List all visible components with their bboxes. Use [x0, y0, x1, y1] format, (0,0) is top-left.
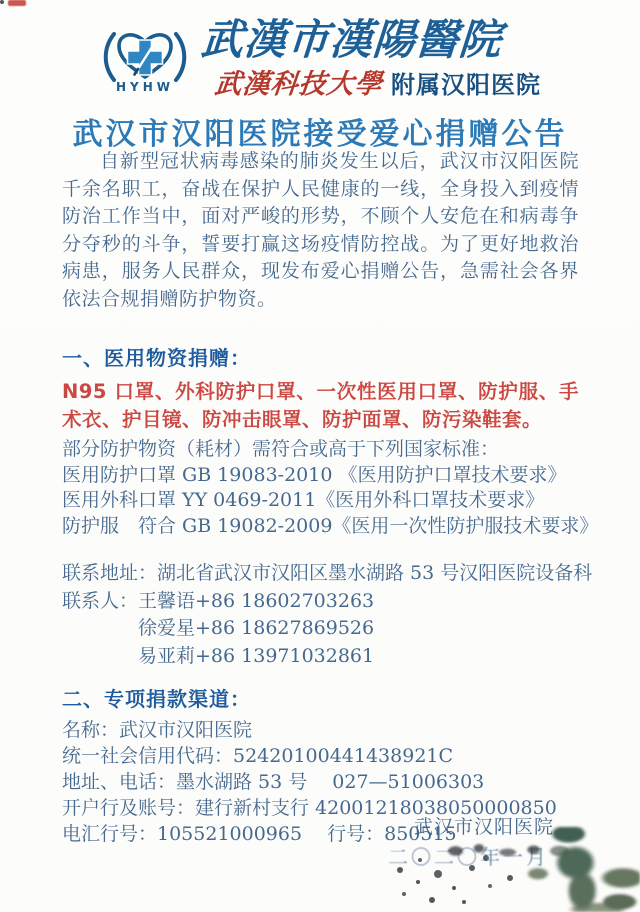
university-name-calligraphy: 武漢科技大學: [213, 62, 385, 101]
brand-text: 武漢市漢陽醫院 武漢科技大學 附属汉阳医院: [201, 18, 541, 101]
hospital-logo-icon: HYHW: [99, 20, 191, 94]
contact-person: 王馨语+86 18602703263: [138, 590, 374, 612]
ink-speckles-artifact: [0, 0, 4, 4]
bank-name-line: 名称：武汉市汉阳医院: [62, 717, 579, 743]
logo-abbr-text: HYHW: [116, 80, 174, 94]
brand-subtitle: 武漢科技大學 附属汉阳医院: [201, 62, 541, 101]
photo-red-artifact: [8, 0, 26, 6]
affiliated-hospital-label: 附属汉阳医院: [391, 65, 541, 100]
contact-address: 联系地址：湖北省武汉市汉阳区墨水湖路 53 号汉阳医院设备科: [62, 560, 579, 588]
contact-person-row: 联系人：王馨语+86 18602703263: [62, 588, 579, 616]
brand-name-calligraphy: 武漢市漢陽醫院: [199, 18, 542, 62]
needed-supplies-list: N95 口罩、外科防护口罩、一次性医用口罩、防护服、手术衣、护目镜、防冲击眼罩、…: [62, 378, 579, 434]
address-phone-line: 地址、电话：墨水湖路 53 号 027—51006303: [62, 769, 579, 795]
corrupted-watermark-artifact: [470, 827, 640, 912]
contact-person: 易亚莉+86 13971032861: [62, 643, 579, 671]
intro-paragraph: 自新型冠状病毒感染的肺炎发生以后，武汉市汉阳医院千余名职工，奋战在保护人民健康的…: [62, 148, 579, 313]
donation-notice-page: HYHW 武漢市漢陽醫院 武漢科技大學 附属汉阳医院 武汉市汉阳医院接受爱心捐赠…: [0, 0, 640, 912]
standards-intro: 部分防护物资（耗材）需符合或高于下列国家标准：: [62, 437, 579, 463]
header: HYHW 武漢市漢陽醫院 武漢科技大學 附属汉阳医院 武汉市汉阳医院接受爱心捐赠…: [0, 18, 640, 153]
notice-body: 自新型冠状病毒感染的肺炎发生以后，武汉市汉阳医院千余名职工，奋战在保护人民健康的…: [62, 148, 579, 847]
brand-row: HYHW 武漢市漢陽醫院 武漢科技大學 附属汉阳医院: [0, 18, 640, 101]
contact-label: 联系人：: [62, 590, 138, 612]
credit-code-line: 统一社会信用代码：52420100441438921C: [62, 743, 579, 769]
standard-line: 医用防护口罩 GB 19083-2010 《医用防护口罩技术要求》: [62, 463, 579, 489]
section1-heading: 一、医用物资捐赠：: [62, 342, 579, 371]
page-title: 武汉市汉阳医院接受爱心捐赠公告: [0, 109, 640, 153]
standards-block: 部分防护物资（耗材）需符合或高于下列国家标准： 医用防护口罩 GB 19083-…: [62, 437, 579, 539]
section2-heading: 二、专项捐款渠道：: [62, 683, 579, 712]
contact-person: 徐爱星+86 18627869526: [62, 615, 579, 643]
contact-block: 联系地址：湖北省武汉市汉阳区墨水湖路 53 号汉阳医院设备科 联系人：王馨语+8…: [62, 560, 579, 670]
standard-line: 医用外科口罩 YY 0469-2011《医用外科口罩技术要求》: [62, 488, 579, 514]
standard-line: 防护服 符合 GB 19082-2009《医用一次性防护服技术要求》: [62, 514, 579, 540]
